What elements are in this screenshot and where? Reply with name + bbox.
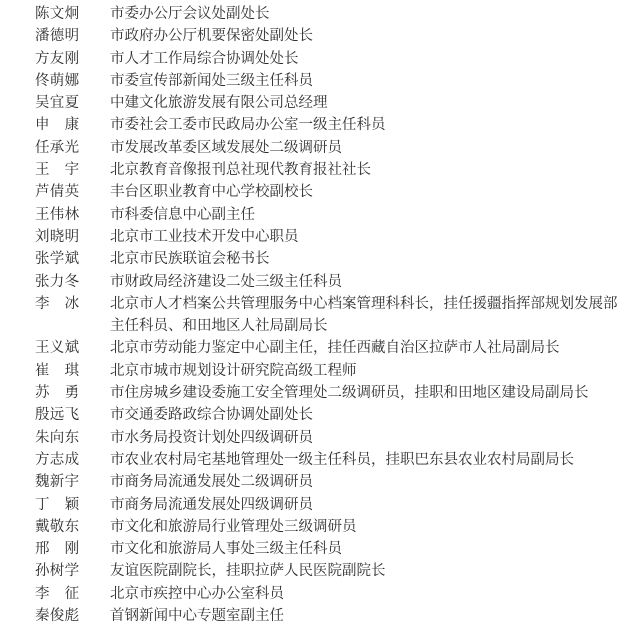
person-name: 张力冬: [35, 271, 110, 293]
person-name: 刘晓明: [35, 226, 110, 248]
person-title: 北京教育音像报刊总社现代教育报社社长: [110, 159, 634, 181]
person-title: 友谊医院副院长，挂职拉萨人民医院副院长: [110, 560, 634, 582]
person-title-line: 北京市人才档案公共管理服务中心档案管理科科长，挂任援疆指挥部规划发展部: [110, 293, 634, 315]
person-title-line: 市发展改革委区域发展处二级调研员: [110, 137, 634, 159]
person-title: 市发展改革委区域发展处二级调研员: [110, 137, 634, 159]
list-item: 张学斌北京市民族联谊会秘书长: [0, 248, 634, 270]
person-title: 市住房城乡建设委施工安全管理处二级调研员，挂职和田地区建设局副局长: [110, 382, 634, 404]
person-name: 苏 勇: [35, 382, 110, 404]
list-item: 刘晓明北京市工业技术开发中心职员: [0, 226, 634, 248]
person-name: 王 宇: [35, 159, 110, 181]
person-title-line: 丰台区职业教育中心学校副校长: [110, 181, 634, 203]
person-title-line: 北京市民族联谊会秘书长: [110, 248, 634, 270]
person-name: 朱向东: [35, 427, 110, 449]
person-title-line: 市住房城乡建设委施工安全管理处二级调研员，挂职和田地区建设局副局长: [110, 382, 634, 404]
person-name: 任承光: [35, 137, 110, 159]
person-title: 市商务局流通发展处二级调研员: [110, 471, 634, 493]
person-title-line: 北京教育音像报刊总社现代教育报社社长: [110, 159, 634, 181]
person-title: 中建文化旅游发展有限公司总经理: [110, 92, 634, 114]
name-title-list: 陈文炯市委办公厅会议处副处长潘德明市政府办公厅机要保密处副处长方友刚市人才工作局…: [0, 3, 634, 627]
person-title-line: 北京市劳动能力鉴定中心副主任，挂任西藏自治区拉萨市人社局副局长: [110, 337, 634, 359]
person-title: 北京市人才档案公共管理服务中心档案管理科科长，挂任援疆指挥部规划发展部主任科员、…: [110, 293, 634, 338]
person-title: 市文化和旅游局人事处三级主任科员: [110, 538, 634, 560]
person-title: 市政府办公厅机要保密处副处长: [110, 25, 634, 47]
list-item: 殷远飞市交通委路政综合协调处副处长: [0, 404, 634, 426]
list-item: 王 宇北京教育音像报刊总社现代教育报社社长: [0, 159, 634, 181]
person-title: 北京市工业技术开发中心职员: [110, 226, 634, 248]
list-item: 张力冬市财政局经济建设二处三级主任科员: [0, 271, 634, 293]
list-item: 丁 颖市商务局流通发展处四级调研员: [0, 494, 634, 516]
list-item: 邢 刚市文化和旅游局人事处三级主任科员: [0, 538, 634, 560]
person-name: 戴敬东: [35, 516, 110, 538]
person-title-line: 市委办公厅会议处副处长: [110, 3, 634, 25]
person-title: 北京市城市规划设计研究院高级工程师: [110, 360, 634, 382]
person-title-line: 市委社会工委市民政局办公室一级主任科员: [110, 114, 634, 136]
person-title: 市商务局流通发展处四级调研员: [110, 494, 634, 516]
list-item: 潘德明市政府办公厅机要保密处副处长: [0, 25, 634, 47]
list-item: 苏 勇市住房城乡建设委施工安全管理处二级调研员，挂职和田地区建设局副局长: [0, 382, 634, 404]
person-title-line: 市文化和旅游局人事处三级主任科员: [110, 538, 634, 560]
person-title-line: 市委宣传部新闻处三级主任科员: [110, 70, 634, 92]
person-title-line: 市文化和旅游局行业管理处三级调研员: [110, 516, 634, 538]
list-item: 李 冰北京市人才档案公共管理服务中心档案管理科科长，挂任援疆指挥部规划发展部主任…: [0, 293, 634, 338]
person-name: 王伟林: [35, 204, 110, 226]
person-title-line: 市科委信息中心副主任: [110, 204, 634, 226]
list-item: 戴敬东市文化和旅游局行业管理处三级调研员: [0, 516, 634, 538]
list-item: 崔 琪北京市城市规划设计研究院高级工程师: [0, 360, 634, 382]
person-title-line: 市农业农村局宅基地管理处一级主任科员，挂职巴东县农业农村局副局长: [110, 449, 634, 471]
person-name: 崔 琪: [35, 360, 110, 382]
person-title-line: 主任科员、和田地区人社局副局长: [110, 315, 634, 337]
person-name: 王义斌: [35, 337, 110, 359]
list-item: 王伟林市科委信息中心副主任: [0, 204, 634, 226]
list-item: 朱向东市水务局投资计划处四级调研员: [0, 427, 634, 449]
person-title: 市委办公厅会议处副处长: [110, 3, 634, 25]
person-name: 方友刚: [35, 48, 110, 70]
person-name: 丁 颖: [35, 494, 110, 516]
person-title-line: 市水务局投资计划处四级调研员: [110, 427, 634, 449]
person-title: 市财政局经济建设二处三级主任科员: [110, 271, 634, 293]
person-title-line: 中建文化旅游发展有限公司总经理: [110, 92, 634, 114]
person-name: 李 冰: [35, 293, 110, 315]
person-title: 市委宣传部新闻处三级主任科员: [110, 70, 634, 92]
person-name: 申 康: [35, 114, 110, 136]
list-item: 芦倩英丰台区职业教育中心学校副校长: [0, 181, 634, 203]
person-title: 市科委信息中心副主任: [110, 204, 634, 226]
person-title: 北京市疾控中心办公室科员: [110, 583, 634, 605]
list-item: 秦俊彪首钢新闻中心专题室副主任: [0, 605, 634, 627]
list-item: 吴宜夏中建文化旅游发展有限公司总经理: [0, 92, 634, 114]
list-item: 魏新宇市商务局流通发展处二级调研员: [0, 471, 634, 493]
person-name: 方志成: [35, 449, 110, 471]
person-name: 李 征: [35, 583, 110, 605]
person-name: 芦倩英: [35, 181, 110, 203]
person-name: 潘德明: [35, 25, 110, 47]
person-title-line: 北京市城市规划设计研究院高级工程师: [110, 360, 634, 382]
person-title-line: 市财政局经济建设二处三级主任科员: [110, 271, 634, 293]
person-title-line: 北京市疾控中心办公室科员: [110, 583, 634, 605]
person-title-line: 市人才工作局综合协调处处长: [110, 48, 634, 70]
person-name: 吴宜夏: [35, 92, 110, 114]
person-title-line: 市政府办公厅机要保密处副处长: [110, 25, 634, 47]
person-title-line: 市商务局流通发展处二级调研员: [110, 471, 634, 493]
person-title: 北京市劳动能力鉴定中心副主任，挂任西藏自治区拉萨市人社局副局长: [110, 337, 634, 359]
person-title-line: 首钢新闻中心专题室副主任: [110, 605, 634, 627]
person-name: 邢 刚: [35, 538, 110, 560]
list-item: 陈文炯市委办公厅会议处副处长: [0, 3, 634, 25]
person-title-line: 市商务局流通发展处四级调研员: [110, 494, 634, 516]
list-item: 方志成市农业农村局宅基地管理处一级主任科员，挂职巴东县农业农村局副局长: [0, 449, 634, 471]
document-page: 陈文炯市委办公厅会议处副处长潘德明市政府办公厅机要保密处副处长方友刚市人才工作局…: [0, 0, 634, 634]
person-title: 市委社会工委市民政局办公室一级主任科员: [110, 114, 634, 136]
person-name: 张学斌: [35, 248, 110, 270]
person-title: 丰台区职业教育中心学校副校长: [110, 181, 634, 203]
list-item: 申 康市委社会工委市民政局办公室一级主任科员: [0, 114, 634, 136]
person-title: 市水务局投资计划处四级调研员: [110, 427, 634, 449]
person-name: 秦俊彪: [35, 605, 110, 627]
list-item: 孙树学友谊医院副院长，挂职拉萨人民医院副院长: [0, 560, 634, 582]
list-item: 佟萌娜市委宣传部新闻处三级主任科员: [0, 70, 634, 92]
list-item: 任承光市发展改革委区域发展处二级调研员: [0, 137, 634, 159]
person-name: 殷远飞: [35, 404, 110, 426]
person-title-line: 友谊医院副院长，挂职拉萨人民医院副院长: [110, 560, 634, 582]
person-title: 市人才工作局综合协调处处长: [110, 48, 634, 70]
person-title: 首钢新闻中心专题室副主任: [110, 605, 634, 627]
person-title: 市文化和旅游局行业管理处三级调研员: [110, 516, 634, 538]
list-item: 李 征北京市疾控中心办公室科员: [0, 583, 634, 605]
person-name: 佟萌娜: [35, 70, 110, 92]
person-name: 魏新宇: [35, 471, 110, 493]
person-title-line: 市交通委路政综合协调处副处长: [110, 404, 634, 426]
list-item: 方友刚市人才工作局综合协调处处长: [0, 48, 634, 70]
person-title: 市交通委路政综合协调处副处长: [110, 404, 634, 426]
list-item: 王义斌北京市劳动能力鉴定中心副主任，挂任西藏自治区拉萨市人社局副局长: [0, 337, 634, 359]
person-name: 孙树学: [35, 560, 110, 582]
person-title-line: 北京市工业技术开发中心职员: [110, 226, 634, 248]
person-name: 陈文炯: [35, 3, 110, 25]
person-title: 北京市民族联谊会秘书长: [110, 248, 634, 270]
person-title: 市农业农村局宅基地管理处一级主任科员，挂职巴东县农业农村局副局长: [110, 449, 634, 471]
